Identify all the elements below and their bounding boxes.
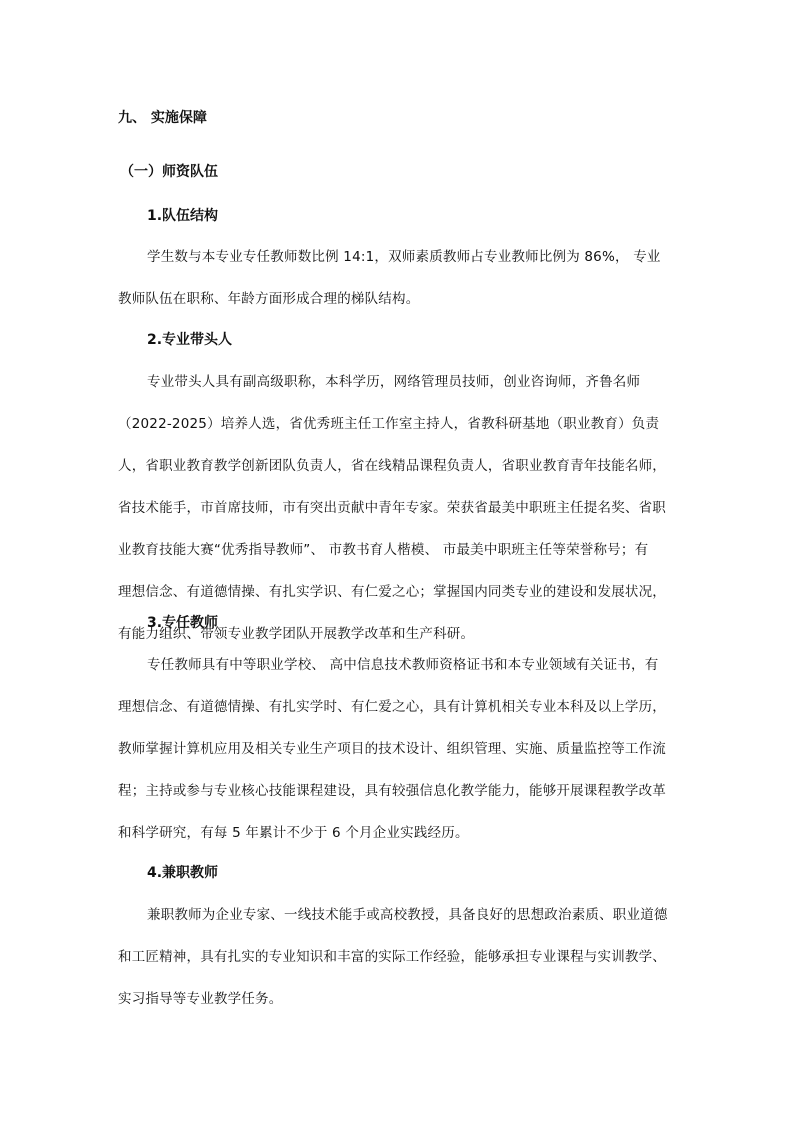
paragraph-line: 人，省职业教育教学创新团队负责人，省在线精品课程负责人，省职业教育青年技能名师， <box>118 457 678 475</box>
paragraph-line: 理想信念、有道德情操、有扎实学识、有仁爱之心；掌握国内同类专业的建设和发展状况， <box>118 583 678 601</box>
paragraph-line: 学生数与本专业专任教师数比例 14:1，双师素质教师占专业教师比例为 86%， … <box>147 248 707 266</box>
paragraph-line: 业教育技能大赛“优秀指导教师”、 市教书育人楷模、 市最美中职班主任等荣誉称号；… <box>118 541 678 559</box>
paragraph-line: 教师掌握计算机应用及相关专业生产项目的技术设计、组织管理、实施、质量监控等工作流 <box>118 740 678 758</box>
paragraph-line: 专业带头人具有副高级职称，本科学历，网络管理员技师，创业咨询师，齐鲁名师 <box>147 373 707 391</box>
item-heading-team-structure: 1.队伍结构 <box>147 207 218 225</box>
paragraph-line: 实习指导等专业教学任务。 <box>118 990 678 1008</box>
item-heading-part-time-teachers: 4.兼职教师 <box>147 864 218 882</box>
paragraph-line: （2022-2025）培养人选，省优秀班主任工作室主持人，省教科研基地（职业教育… <box>118 415 678 433</box>
paragraph-line: 省技术能手，市首席技师，市有突出贡献中青年专家。荣获省最美中职班主任提名奖、省职 <box>118 499 678 517</box>
paragraph-line: 教师队伍在职称、年龄方面形成合理的梯队结构。 <box>118 290 678 308</box>
paragraph-line: 兼职教师为企业专家、一线技术能手或高校教授，具备良好的思想政治素质、职业道德 <box>147 906 707 924</box>
item-heading-full-time-teachers: 3.专任教师 <box>147 614 218 632</box>
paragraph-line: 和科学研究，有每 5 年累计不少于 6 个月企业实践经历。 <box>118 824 678 842</box>
paragraph-line: 专任教师具有中等职业学校、 高中信息技术教师资格证书和本专业领域有关证书，有 <box>147 656 707 674</box>
subsection-title: （一）师资队伍 <box>120 163 218 181</box>
paragraph-line: 程；主持或参与专业核心技能课程建设，具有较强信息化教学能力，能够开展课程教学改革 <box>118 782 678 800</box>
item-heading-program-leader: 2.专业带头人 <box>147 331 232 349</box>
paragraph-line: 理想信念、有道德情操、有扎实学时、有仁爱之心，具有计算机相关专业本科及以上学历， <box>118 698 678 716</box>
paragraph-line: 和工匠精神，具有扎实的专业知识和丰富的实际工作经验，能够承担专业课程与实训教学、 <box>118 948 678 966</box>
section-title: 九、 实施保障 <box>118 109 207 127</box>
